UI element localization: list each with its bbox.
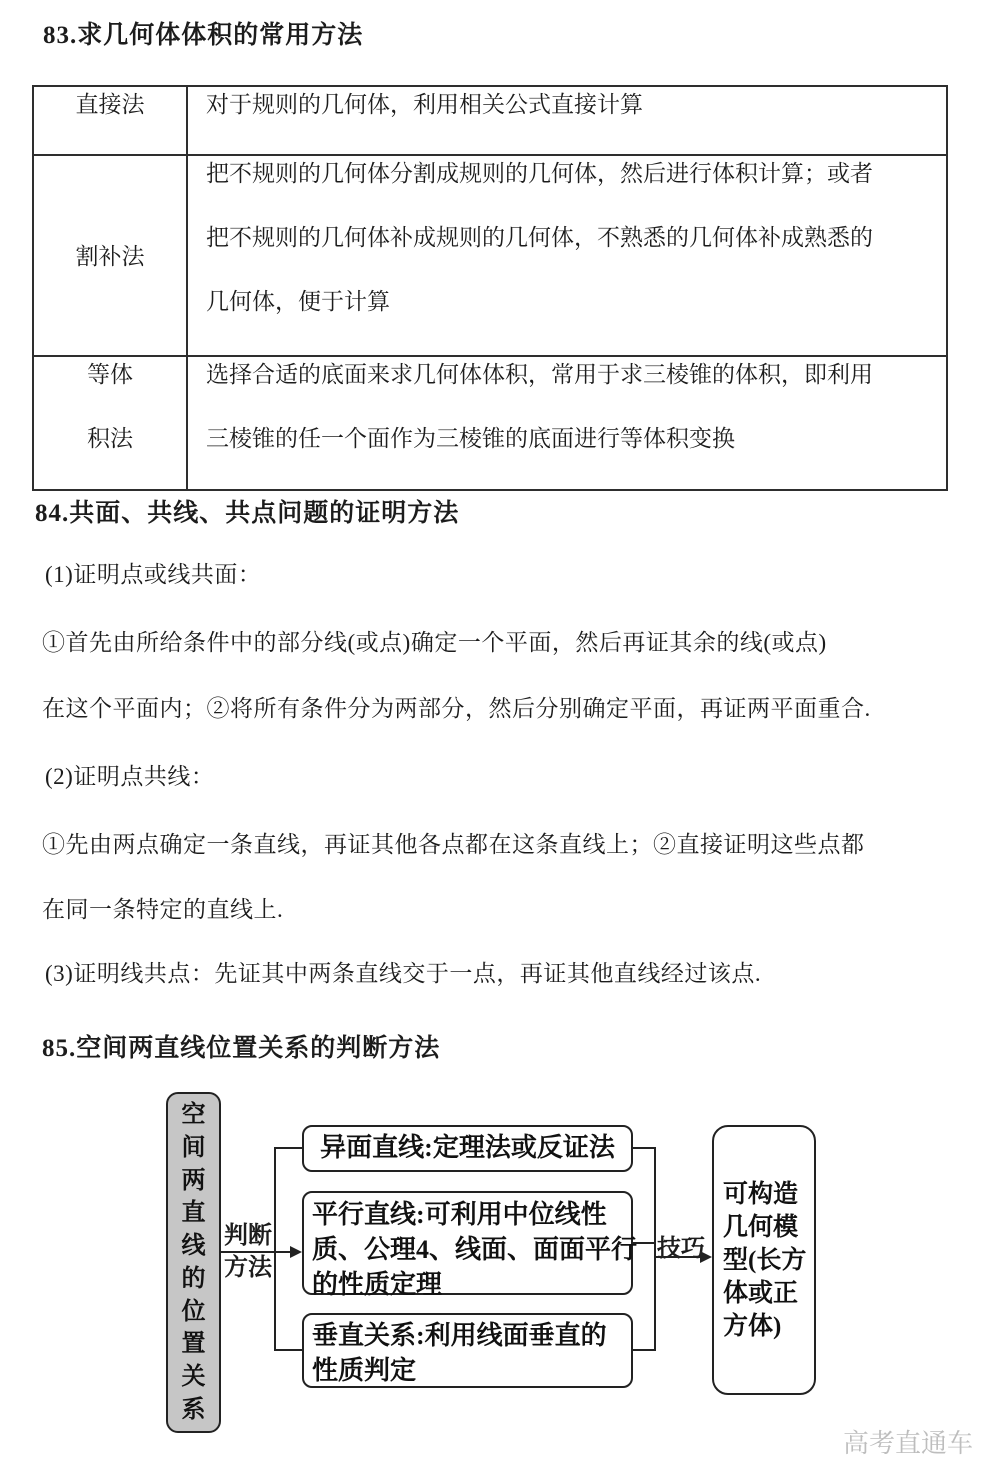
desc-line: 把不规则的几何体分割成规则的几何体，然后进行体积计算；或者 xyxy=(206,156,940,220)
root-char: 的 xyxy=(182,1266,206,1292)
node-text-line: 型(长方 xyxy=(723,1244,814,1277)
paragraph-line: (1)证明点或线共面： xyxy=(45,561,261,588)
paragraph-line: 在这个平面内；②将所有条件分为两部分，然后分别确定平面，再证两平面重合. xyxy=(42,695,871,722)
table-row: 直接法 对于规则的几何体，利用相关公式直接计算 xyxy=(33,86,947,155)
desc-line: 三棱锥的任一个面作为三棱锥的底面进行等体积变换 xyxy=(206,421,940,485)
node-text-line: 垂直关系:利用线面垂直的 xyxy=(312,1318,631,1353)
watermark: 高考直通车 xyxy=(843,1423,973,1460)
desc-cell: 把不规则的几何体分割成规则的几何体，然后进行体积计算；或者 把不规则的几何体补成… xyxy=(187,155,947,356)
connector-line xyxy=(274,1147,276,1351)
node-text-line: 可构造 xyxy=(723,1178,814,1211)
method-cell: 等体 积法 xyxy=(33,356,187,490)
section83-heading: 83.求几何体体积的常用方法 xyxy=(43,15,363,51)
diagram-node-parallel-lines: 平行直线:可利用中位线性 质、公理4、线面、面面平行 的性质定理 xyxy=(302,1191,633,1295)
node-text-line: 的性质定理 xyxy=(312,1267,631,1302)
method-cell: 直接法 xyxy=(33,86,187,155)
connector-line xyxy=(276,1349,302,1351)
connector-line xyxy=(633,1349,654,1351)
root-char: 位 xyxy=(182,1299,206,1325)
connector-line xyxy=(221,1251,291,1253)
root-char: 置 xyxy=(182,1331,206,1357)
method-name: 等体 xyxy=(34,357,186,421)
method-cell: 割补法 xyxy=(33,155,187,356)
root-char: 系 xyxy=(182,1397,206,1423)
edge-label-line: 判断 xyxy=(221,1220,275,1252)
node-text-line: 平行直线:可利用中位线性 xyxy=(312,1197,631,1232)
connector-line xyxy=(633,1242,654,1244)
node-text-line: 体或正 xyxy=(723,1277,814,1310)
root-char: 间 xyxy=(182,1135,206,1161)
desc-line: 选择合适的底面来求几何体体积，常用于求三棱锥的体积，即利用 xyxy=(206,357,940,421)
arrowhead-icon xyxy=(290,1246,302,1258)
root-char: 两 xyxy=(182,1168,206,1194)
diagram-node-geometric-model: 可构造 几何模 型(长方 体或正 方体) xyxy=(712,1125,816,1395)
volume-methods-table: 直接法 对于规则的几何体，利用相关公式直接计算 割补法 把不规则的几何体分割成规… xyxy=(32,85,948,491)
desc-cell: 对于规则的几何体，利用相关公式直接计算 xyxy=(187,86,947,155)
section85-heading: 85.空间两直线位置关系的判断方法 xyxy=(42,1028,440,1064)
paragraph-line: 在同一条特定的直线上. xyxy=(42,896,283,923)
desc-line: 把不规则的几何体补成规则的几何体，不熟悉的几何体补成熟悉的 xyxy=(206,220,940,284)
method-name: 直接法 xyxy=(34,87,186,151)
root-char: 关 xyxy=(182,1364,206,1390)
table-row: 割补法 把不规则的几何体分割成规则的几何体，然后进行体积计算；或者 把不规则的几… xyxy=(33,155,947,356)
node-text-line: 方体) xyxy=(723,1310,814,1343)
node-text-line: 性质判定 xyxy=(312,1353,631,1388)
root-char: 线 xyxy=(182,1233,206,1259)
connector-line xyxy=(633,1147,654,1149)
connector-line xyxy=(276,1147,302,1149)
desc-line: 几何体，便于计算 xyxy=(206,284,940,348)
diagram-node-skew-lines: 异面直线:定理法或反证法 xyxy=(302,1125,633,1172)
diagram-node-perpendicular: 垂直关系:利用线面垂直的 性质判定 xyxy=(302,1313,633,1388)
arrowhead-icon xyxy=(700,1251,712,1263)
table-row: 等体 积法 选择合适的底面来求几何体体积，常用于求三棱锥的体积，即利用 三棱锥的… xyxy=(33,356,947,490)
edge-label-line: 方法 xyxy=(221,1252,275,1284)
desc-cell: 选择合适的底面来求几何体体积，常用于求三棱锥的体积，即利用 三棱锥的任一个面作为… xyxy=(187,356,947,490)
method-name: 积法 xyxy=(34,421,186,485)
paragraph-line: (2)证明点共线： xyxy=(45,763,214,790)
connector-line xyxy=(654,1256,700,1258)
method-name: 割补法 xyxy=(34,239,186,272)
connector-line xyxy=(654,1147,656,1351)
node-text-line: 几何模 xyxy=(723,1211,814,1244)
paragraph-line: (3)证明线共点：先证其中两条直线交于一点，再证其他直线经过该点. xyxy=(45,960,761,987)
desc-line: 对于规则的几何体，利用相关公式直接计算 xyxy=(206,87,940,151)
section84-heading: 84.共面、共线、共点问题的证明方法 xyxy=(35,493,459,529)
diagram-root-node: 空 间 两 直 线 的 位 置 关 系 xyxy=(166,1092,221,1433)
paragraph-line: ①先由两点确定一条直线，再证其他各点都在这条直线上；②直接证明这些点都 xyxy=(42,831,865,858)
document-page: 83.求几何体体积的常用方法 直接法 对于规则的几何体，利用相关公式直接计算 割… xyxy=(0,0,982,1475)
paragraph-line: ①首先由所给条件中的部分线(或点)确定一个平面，然后再证其余的线(或点) xyxy=(42,629,827,656)
root-char: 空 xyxy=(182,1102,206,1128)
root-char: 直 xyxy=(182,1200,206,1226)
node-text-line: 质、公理4、线面、面面平行 xyxy=(312,1232,631,1267)
